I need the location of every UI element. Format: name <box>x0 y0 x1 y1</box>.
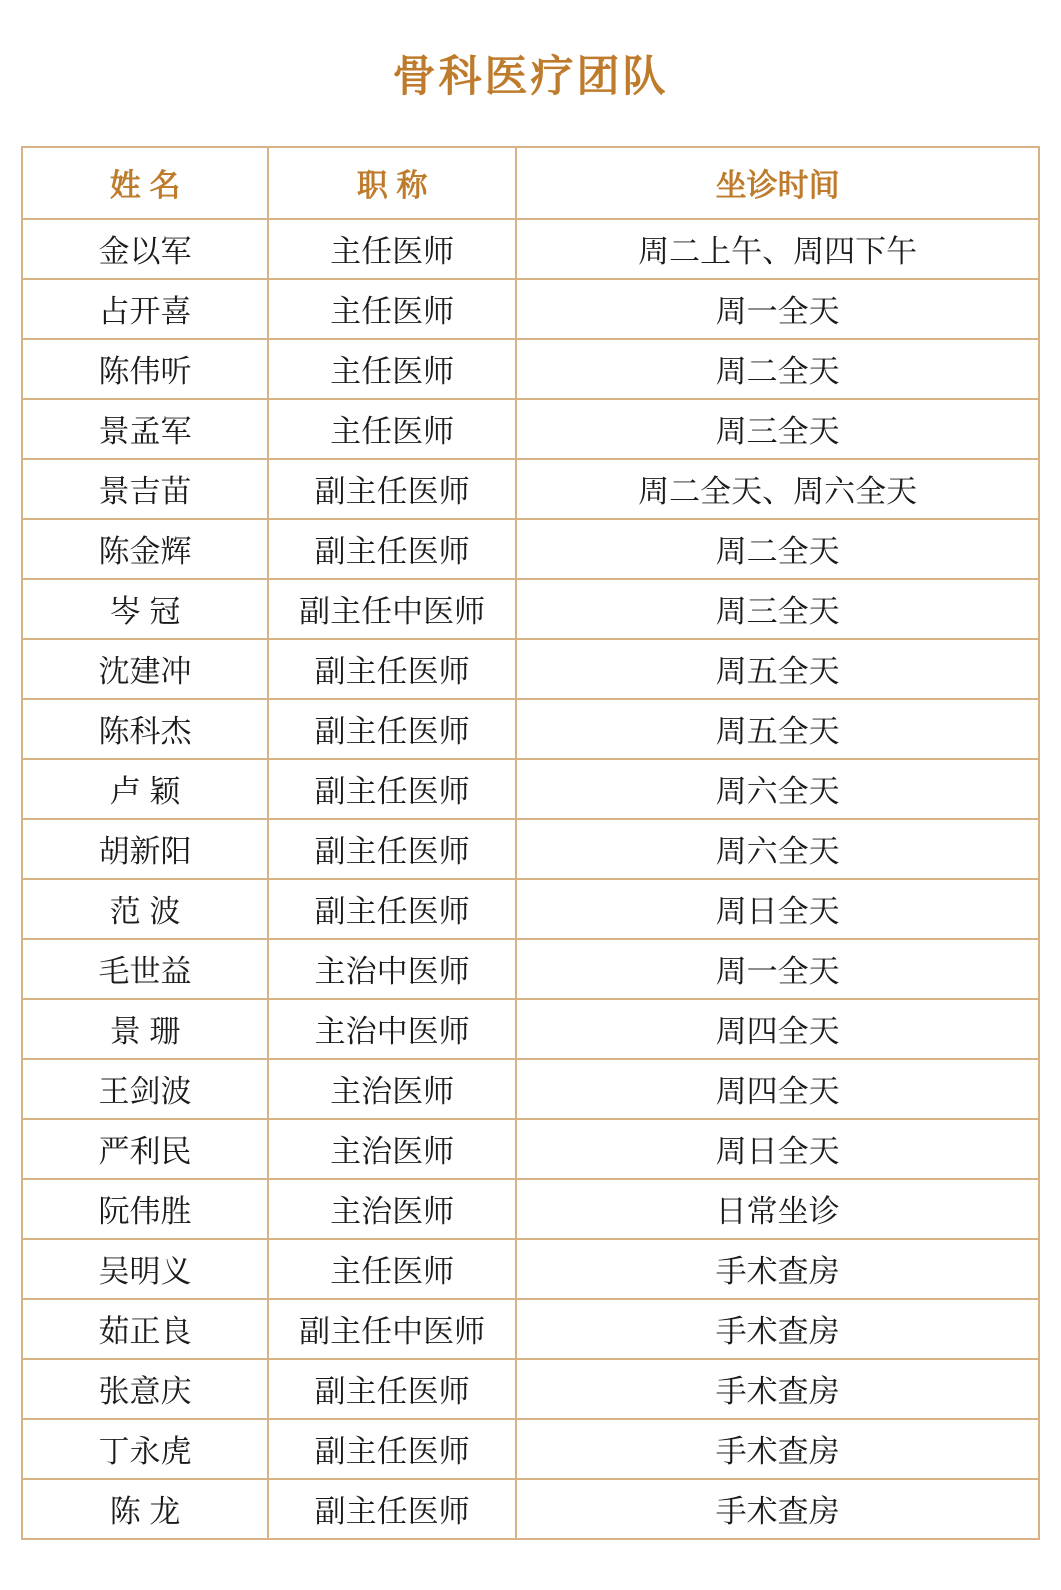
cell-title: 主任医师 <box>268 399 516 459</box>
table-row: 景吉苗副主任医师周二全天、周六全天 <box>22 459 1039 519</box>
cell-title: 副主任中医师 <box>268 579 516 639</box>
table-row: 陈金辉副主任医师周二全天 <box>22 519 1039 579</box>
cell-name: 吴明义 <box>22 1239 268 1299</box>
cell-time: 日常坐诊 <box>516 1179 1039 1239</box>
cell-title: 副主任医师 <box>268 819 516 879</box>
cell-name: 金以军 <box>22 219 268 279</box>
cell-title: 主任医师 <box>268 339 516 399</box>
table-row: 严利民主治医师周日全天 <box>22 1119 1039 1179</box>
header-row: 姓 名 职 称 坐诊时间 <box>22 147 1039 219</box>
cell-title: 副主任医师 <box>268 879 516 939</box>
cell-name: 胡新阳 <box>22 819 268 879</box>
cell-title: 主治中医师 <box>268 999 516 1059</box>
table-row: 阮伟胜主治医师日常坐诊 <box>22 1179 1039 1239</box>
table-row: 丁永虎副主任医师手术查房 <box>22 1419 1039 1479</box>
header-cell-title: 职 称 <box>268 147 516 219</box>
cell-name: 卢 颖 <box>22 759 268 819</box>
cell-name: 景 珊 <box>22 999 268 1059</box>
cell-title: 副主任医师 <box>268 519 516 579</box>
cell-title: 主治医师 <box>268 1119 516 1179</box>
cell-name: 陈 龙 <box>22 1479 268 1539</box>
cell-title: 副主任医师 <box>268 639 516 699</box>
cell-name: 丁永虎 <box>22 1419 268 1479</box>
table-row: 陈科杰副主任医师周五全天 <box>22 699 1039 759</box>
cell-time: 手术查房 <box>516 1239 1039 1299</box>
cell-time: 周一全天 <box>516 939 1039 999</box>
cell-name: 阮伟胜 <box>22 1179 268 1239</box>
table-body: 金以军主任医师周二上午、周四下午占开喜主任医师周一全天陈伟听主任医师周二全天景孟… <box>22 219 1039 1539</box>
cell-time: 周五全天 <box>516 699 1039 759</box>
cell-time: 周四全天 <box>516 1059 1039 1119</box>
table-row: 沈建冲副主任医师周五全天 <box>22 639 1039 699</box>
table-row: 张意庆副主任医师手术查房 <box>22 1359 1039 1419</box>
table-header: 姓 名 职 称 坐诊时间 <box>22 147 1039 219</box>
cell-time: 周二全天 <box>516 519 1039 579</box>
table-row: 胡新阳副主任医师周六全天 <box>22 819 1039 879</box>
cell-name: 景吉苗 <box>22 459 268 519</box>
cell-name: 景孟军 <box>22 399 268 459</box>
page: 骨科医疗团队 姓 名 职 称 坐诊时间 金以军主任医师周二上午、周四下午占开喜主… <box>0 0 1061 1590</box>
header-cell-time: 坐诊时间 <box>516 147 1039 219</box>
cell-time: 周日全天 <box>516 879 1039 939</box>
cell-name: 王剑波 <box>22 1059 268 1119</box>
cell-time: 手术查房 <box>516 1359 1039 1419</box>
cell-title: 主治医师 <box>268 1059 516 1119</box>
cell-time: 周六全天 <box>516 759 1039 819</box>
cell-name: 陈伟听 <box>22 339 268 399</box>
cell-title: 副主任医师 <box>268 459 516 519</box>
cell-time: 周二上午、周四下午 <box>516 219 1039 279</box>
cell-time: 周一全天 <box>516 279 1039 339</box>
table-row: 景 珊主治中医师周四全天 <box>22 999 1039 1059</box>
table-row: 岑 冠副主任中医师周三全天 <box>22 579 1039 639</box>
page-title: 骨科医疗团队 <box>0 0 1061 104</box>
cell-name: 占开喜 <box>22 279 268 339</box>
cell-time: 手术查房 <box>516 1299 1039 1359</box>
table-row: 陈 龙副主任医师手术查房 <box>22 1479 1039 1539</box>
table-row: 景孟军主任医师周三全天 <box>22 399 1039 459</box>
cell-name: 茹正良 <box>22 1299 268 1359</box>
table-row: 王剑波主治医师周四全天 <box>22 1059 1039 1119</box>
cell-title: 副主任医师 <box>268 1419 516 1479</box>
cell-time: 周六全天 <box>516 819 1039 879</box>
cell-name: 严利民 <box>22 1119 268 1179</box>
cell-title: 副主任中医师 <box>268 1299 516 1359</box>
cell-name: 陈金辉 <box>22 519 268 579</box>
cell-time: 手术查房 <box>516 1419 1039 1479</box>
medical-team-table: 姓 名 职 称 坐诊时间 金以军主任医师周二上午、周四下午占开喜主任医师周一全天… <box>21 146 1040 1540</box>
table-row: 陈伟听主任医师周二全天 <box>22 339 1039 399</box>
table-row: 范 波副主任医师周日全天 <box>22 879 1039 939</box>
table-row: 毛世益主治中医师周一全天 <box>22 939 1039 999</box>
cell-time: 周日全天 <box>516 1119 1039 1179</box>
cell-title: 副主任医师 <box>268 1479 516 1539</box>
cell-title: 主任医师 <box>268 219 516 279</box>
cell-time: 周三全天 <box>516 399 1039 459</box>
cell-title: 副主任医师 <box>268 759 516 819</box>
cell-title: 主任医师 <box>268 279 516 339</box>
cell-name: 陈科杰 <box>22 699 268 759</box>
cell-title: 主治医师 <box>268 1179 516 1239</box>
table-row: 卢 颖副主任医师周六全天 <box>22 759 1039 819</box>
header-cell-name: 姓 名 <box>22 147 268 219</box>
cell-name: 毛世益 <box>22 939 268 999</box>
cell-time: 周二全天、周六全天 <box>516 459 1039 519</box>
table-row: 金以军主任医师周二上午、周四下午 <box>22 219 1039 279</box>
cell-time: 周二全天 <box>516 339 1039 399</box>
cell-name: 范 波 <box>22 879 268 939</box>
cell-title: 副主任医师 <box>268 699 516 759</box>
cell-time: 周四全天 <box>516 999 1039 1059</box>
cell-time: 周五全天 <box>516 639 1039 699</box>
cell-name: 岑 冠 <box>22 579 268 639</box>
table-row: 茹正良副主任中医师手术查房 <box>22 1299 1039 1359</box>
cell-title: 副主任医师 <box>268 1359 516 1419</box>
table-row: 占开喜主任医师周一全天 <box>22 279 1039 339</box>
cell-time: 手术查房 <box>516 1479 1039 1539</box>
cell-title: 主治中医师 <box>268 939 516 999</box>
cell-name: 张意庆 <box>22 1359 268 1419</box>
cell-title: 主任医师 <box>268 1239 516 1299</box>
table-row: 吴明义主任医师手术查房 <box>22 1239 1039 1299</box>
cell-time: 周三全天 <box>516 579 1039 639</box>
cell-name: 沈建冲 <box>22 639 268 699</box>
